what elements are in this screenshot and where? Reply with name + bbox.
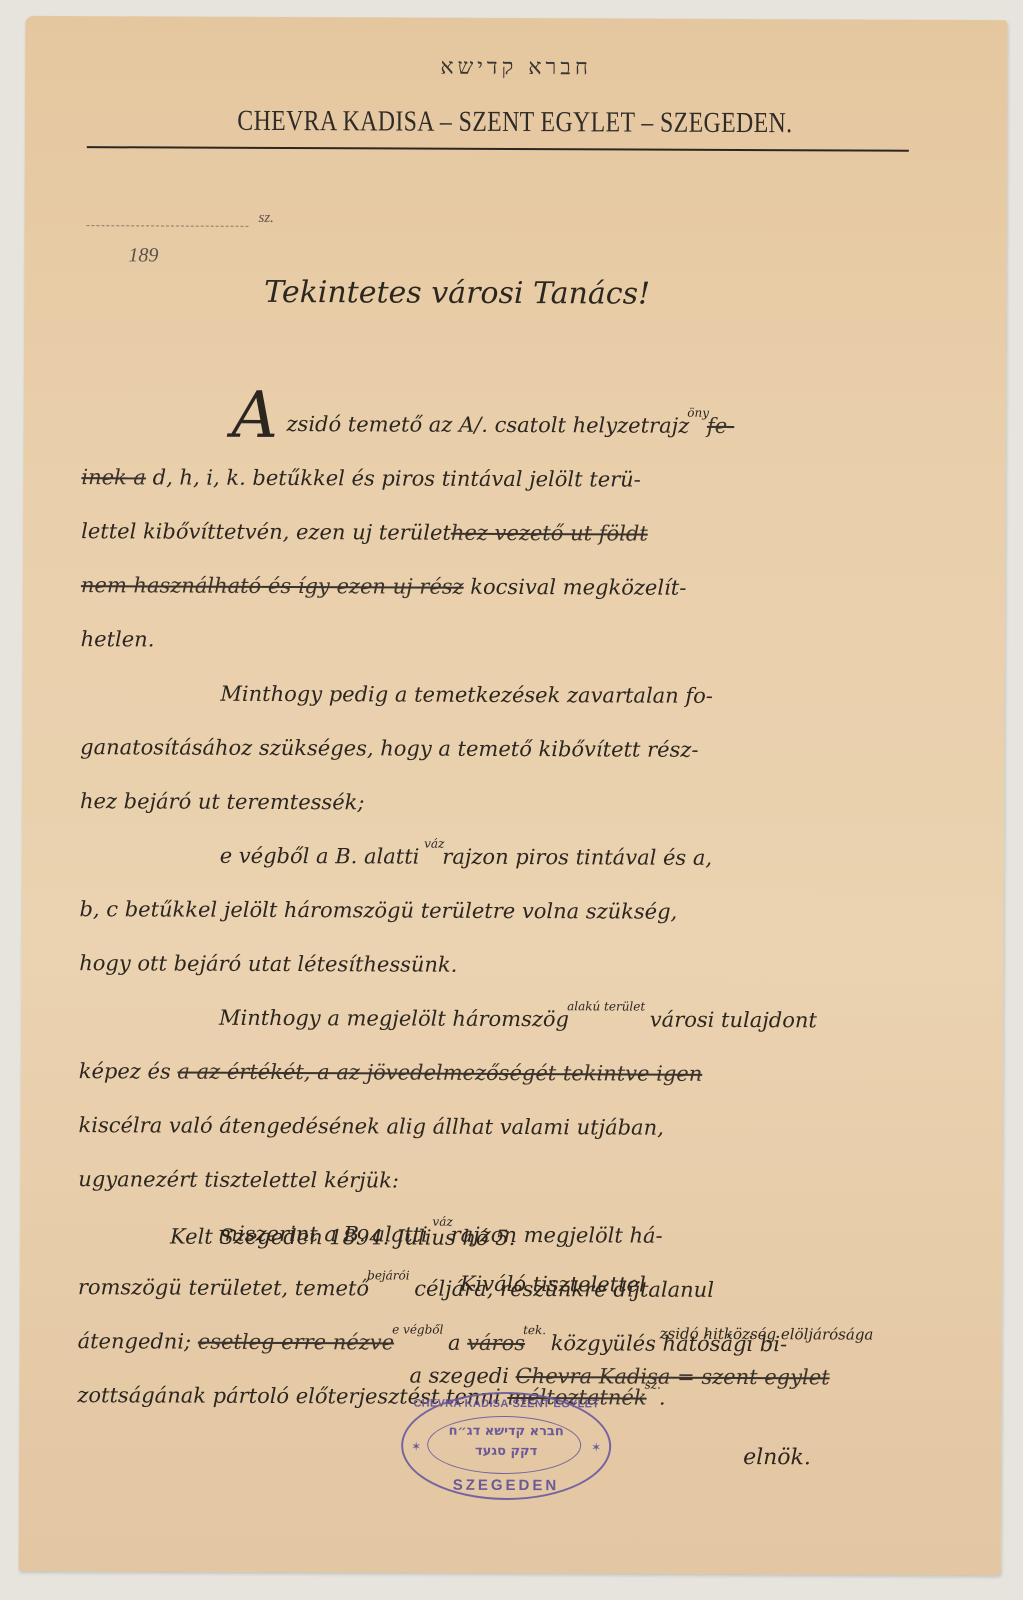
header-rule [87,146,909,152]
body-line: képez és a az értékét, a az jövedelmezős… [79,1044,959,1102]
strikethrough-text: hez vezető ut földt [451,521,648,546]
signature-line: a szegedi Chevra Kadisa = szent egylet [409,1364,829,1390]
star-icon: ✶ [411,1440,421,1455]
closing-greeting: Kiváló tisztelettel [460,1272,646,1297]
organization-title: CHEVRA KADISA – SZENT EGYLET – SZEGEDEN. [162,104,867,140]
text: városi tulajdont [643,1008,817,1033]
body-line: ugyanezért tisztelettel kérjük: [78,1152,958,1210]
body-line: hogy ott bejáró utat létesíthessünk. [79,936,959,994]
text: ugyanezért tisztelettel kérjük: [78,1167,399,1192]
text: e végből a B. alatti [220,844,426,869]
stamp-hebrew-line-2: דקק סגעד [403,1444,609,1460]
stamp-top-text: CHEVRA KADISA-SZENT EGYLET [403,1398,609,1411]
text: kocsival megközelít- [464,575,687,600]
body-line: e végből a B. alatti vázrajzon piros tin… [80,828,960,886]
strikethrough-text: nem használható [81,573,261,598]
reference-suffix: sz. [258,210,274,227]
text: ganatosításához szükséges, hogy a temető… [80,735,698,762]
text: hogy ott bejáró utat létesíthessünk. [79,951,457,977]
body-line: hetlen. [81,612,961,670]
insertion: tek. [523,1323,546,1337]
text: képez és [79,1059,178,1083]
text: Minthogy a megjelölt háromszög [219,1006,569,1032]
letter-paper: חברא קדישא CHEVRA KADISA – SZENT EGYLET … [19,16,1008,1575]
stamp-bottom-text: SZEGEDEN [403,1477,609,1495]
insertion: e végből [392,1322,443,1336]
strikethrough-text: a az értékét, a az jövedelmezőségét teki… [177,1060,702,1086]
year-prefix: 189 [128,244,158,267]
strikethrough-text: és így ezen uj rész [261,574,464,599]
body-line: nem használható és így ezen uj rész kocs… [81,558,961,616]
text: a szegedi [409,1364,515,1388]
signature-insertion: zsidó hitközség elöljárósága [660,1325,874,1344]
text: kiscélra való átengedésének alig állhat … [79,1113,664,1140]
body-line: kiscélra való átengedésének alig állhat … [78,1098,958,1156]
text: lettel kibővíttetvén, ezen uj terület [81,519,451,545]
text: d, h, i, k. betűkkel és piros tintával j… [146,465,641,491]
text: átengedni; [78,1329,198,1354]
text: hetlen. [81,627,155,651]
text: a [441,1331,467,1355]
body-line: Minthogy pedig a temetkezések zavartalan… [80,666,960,724]
organization-stamp: CHEVRA KADISA-SZENT EGYLET חברא קדישא דג… [401,1392,611,1501]
stamp-hebrew-line-1: חברא קדישא דג״ח [403,1424,609,1440]
text: rajzon piros tintával és a, [442,845,712,870]
hebrew-letterhead: חברא קדישא [25,52,1007,82]
dropcap: A [231,379,278,453]
insertion: váz [424,837,444,851]
text: b, c betűkkel jelölt háromszögü területr… [79,897,677,924]
closing-date: Kelt Szegeden 1894. Julius hó 5. [170,1225,515,1251]
strikethrough-text: esetleg erre nézve [198,1330,394,1355]
signatory-title: elnök. [743,1445,811,1470]
text: romszögü területet, temető [78,1275,369,1300]
text: zsidó temető az A/. csatolt helyzetrajz [280,412,689,438]
strikethrough-text: inek a [81,465,146,489]
reference-number-line [86,225,248,227]
body-line: A zsidó temető az A/. csatolt helyzetraj… [82,396,962,454]
strikethrough-text: fe- [707,414,734,438]
body-line: ganatosításához szükséges, hogy a temető… [80,720,960,778]
salutation: Tekintetes városi Tanács! [264,275,650,312]
body-line: lettel kibővíttetvén, ezen uj területhez… [81,504,961,562]
insertion: öny [687,406,709,420]
body-line: b, c betűkkel jelölt háromszögü területr… [79,882,959,940]
body-line: Minthogy a megjelölt háromszögalakú terü… [79,990,959,1048]
body-line: inek a d, h, i, k. betűkkel és piros tin… [81,450,961,508]
text: Minthogy pedig a temetkezések zavartalan… [220,682,713,708]
body-line: hez bejáró ut teremtessék; [80,774,960,832]
star-icon: ✶ [591,1440,601,1455]
text: hez bejáró ut teremtessék; [80,789,365,814]
strikethrough-text: Chevra Kadisa = szent egylet [516,1364,830,1389]
strikethrough-text: város [467,1331,525,1355]
insertion: alakú terület [567,999,645,1013]
insertion: bejárói [367,1268,410,1282]
